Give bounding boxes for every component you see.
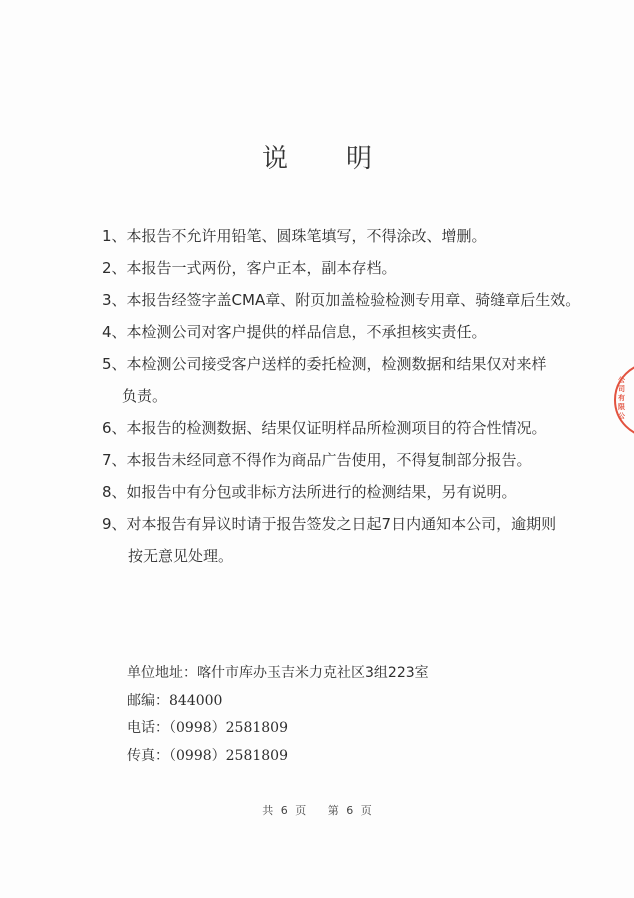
- notes-list: 1、本报告不允许用铅笔、圆珠笔填写，不得涂改、增删。 2、本报告一式两份，客户正…: [102, 220, 582, 572]
- page-footer: 共 6 页 第 6 页: [0, 802, 634, 818]
- contact-block: 单位地址：喀什市库办玉吉米力克社区3组223室 邮编：844000 电话：（09…: [127, 660, 429, 770]
- note-text: 本报告未经同意不得作为商品广告使用，不得复制部分报告。: [127, 451, 532, 469]
- current-page: 6: [346, 804, 353, 817]
- total-pages: 6: [281, 804, 288, 817]
- postcode-line: 邮编：844000: [127, 688, 429, 716]
- note-item-2: 2、本报告一式两份，客户正本，副本存档。: [102, 252, 582, 284]
- note-continuation: 按无意见处理。: [102, 540, 582, 572]
- note-item-6: 6、本报告的检测数据、结果仅证明样品所检测项目的符合性情况。: [102, 412, 582, 444]
- note-item-1: 1、本报告不允许用铅笔、圆珠笔填写，不得涂改、增删。: [102, 220, 582, 252]
- note-item-4: 4、本检测公司对客户提供的样品信息，不承担核实责任。: [102, 316, 582, 348]
- note-item-7: 7、本报告未经同意不得作为商品广告使用，不得复制部分报告。: [102, 444, 582, 476]
- postcode-label: 邮编：: [127, 693, 169, 709]
- note-number: 4、: [102, 323, 127, 341]
- note-number: 8、: [102, 483, 127, 501]
- title-char-2: 明: [346, 138, 372, 175]
- address-label: 单位地址：: [127, 665, 197, 681]
- page-title: 说明: [0, 138, 634, 175]
- note-item-3: 3、本报告经签字盖CMA章、附页加盖检验检测专用章、骑缝章后生效。: [102, 284, 582, 316]
- note-text: 本检测公司接受客户送样的委托检测，检测数据和结果仅对来样: [127, 355, 547, 373]
- postcode-value: 844000: [169, 693, 222, 709]
- fax-line: 传真：（0998）2581809: [127, 743, 429, 771]
- seal-stamp-icon: 公 司 有 限 公: [612, 362, 634, 438]
- note-number: 2、: [102, 259, 127, 277]
- document-page: 说明 1、本报告不允许用铅笔、圆珠笔填写，不得涂改、增删。 2、本报告一式两份，…: [0, 0, 634, 898]
- note-continuation: 负责。: [102, 380, 582, 412]
- address-line: 单位地址：喀什市库办玉吉米力克社区3组223室: [127, 660, 429, 688]
- note-text: 对本报告有异议时请于报告签发之日起7日内通知本公司，逾期则: [127, 515, 557, 533]
- note-item-5: 5、本检测公司接受客户送样的委托检测，检测数据和结果仅对来样 负责。: [102, 348, 582, 412]
- fax-value: （0998）2581809: [169, 748, 288, 764]
- note-text: 本报告一式两份，客户正本，副本存档。: [127, 259, 397, 277]
- note-text: 如报告中有分包或非标方法所进行的检测结果，另有说明。: [127, 483, 517, 501]
- note-item-8: 8、如报告中有分包或非标方法所进行的检测结果，另有说明。: [102, 476, 582, 508]
- note-number: 5、: [102, 355, 127, 373]
- note-text: 本检测公司对客户提供的样品信息，不承担核实责任。: [127, 323, 487, 341]
- note-text: 本报告的检测数据、结果仅证明样品所检测项目的符合性情况。: [127, 419, 547, 437]
- note-text: 本报告经签字盖CMA章、附页加盖检验检测专用章、骑缝章后生效。: [127, 291, 581, 309]
- phone-line: 电话：（0998）2581809: [127, 715, 429, 743]
- note-number: 6、: [102, 419, 127, 437]
- title-char-1: 说: [262, 138, 288, 175]
- phone-label: 电话：: [127, 720, 169, 736]
- note-number: 7、: [102, 451, 127, 469]
- fax-label: 传真：: [127, 748, 169, 764]
- note-text: 本报告不允许用铅笔、圆珠笔填写，不得涂改、增删。: [127, 227, 487, 245]
- note-number: 3、: [102, 291, 127, 309]
- phone-value: （0998）2581809: [169, 720, 288, 736]
- seal-text: 公 司 有 限 公: [618, 376, 626, 421]
- note-item-9: 9、对本报告有异议时请于报告签发之日起7日内通知本公司，逾期则 按无意见处理。: [102, 508, 582, 572]
- address-value: 喀什市库办玉吉米力克社区3组223室: [197, 665, 429, 681]
- note-number: 1、: [102, 227, 127, 245]
- note-number: 9、: [102, 515, 127, 533]
